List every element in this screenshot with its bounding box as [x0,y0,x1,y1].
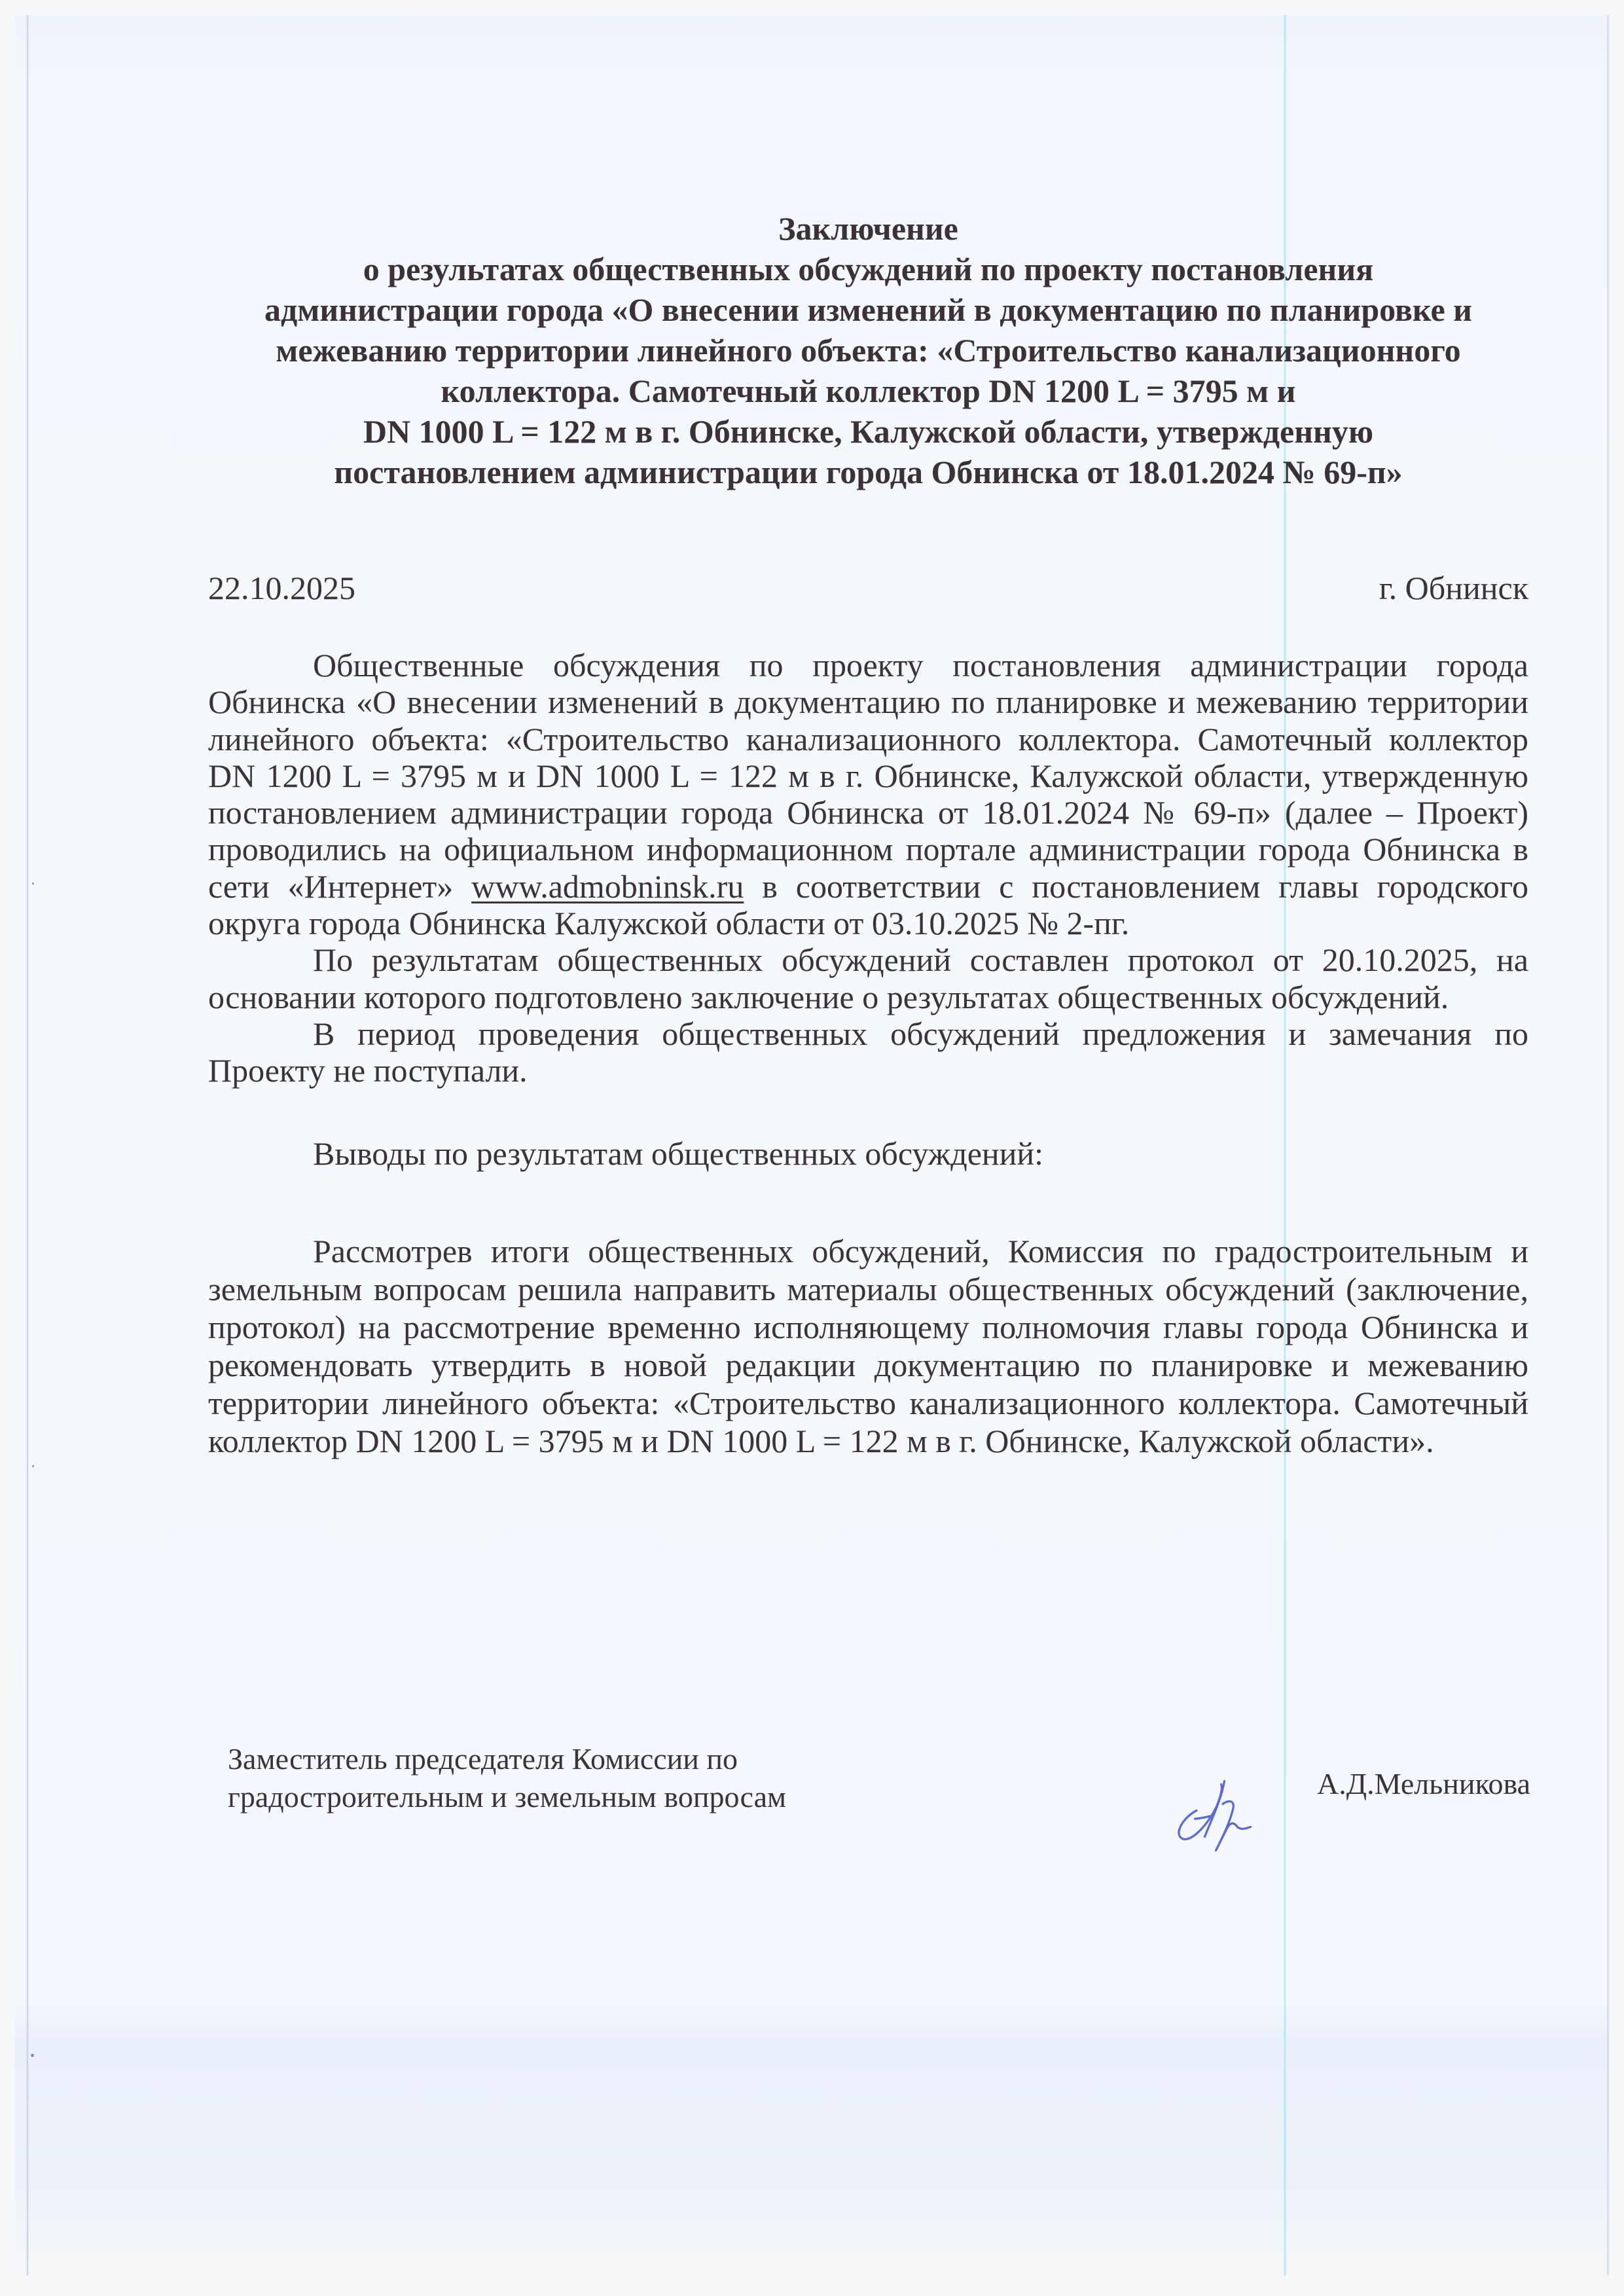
document-title: Заключение о результатах общественных об… [182,208,1555,492]
scan-speck [32,883,34,884]
title-line: постановлением администрации города Обни… [182,452,1555,492]
paragraph-protocol: По результатам общественных обсуждений с… [208,941,1528,1015]
paragraph-hearings-info: Общественные обсуждения по проекту поста… [208,647,1528,941]
signer-position-line: Заместитель председателя Комиссии по [228,1740,786,1778]
signer-name: А.Д.Мельникова [1317,1765,1530,1803]
title-line: Заключение [182,208,1555,249]
document-date: 22.10.2025 [208,570,355,606]
paragraph-text: Общественные обсуждения по проекту поста… [208,647,1528,905]
title-line: DN 1000 L = 122 м в г. Обнинске, Калужск… [182,411,1555,452]
title-line: администрации города «О внесении изменен… [182,289,1555,330]
conclusions-heading: Выводы по результатам общественных обсуж… [208,1135,1528,1172]
date-place-row: 22.10.2025 г. Обнинск [208,570,1528,606]
title-line: коллектора. Самотечный коллектор DN 1200… [182,371,1555,411]
portal-link[interactable]: www.admobninsk.ru [471,868,744,905]
scan-speck [31,2054,34,2057]
resolution-paragraph: Рассмотрев итоги общественных обсуждений… [208,1232,1528,1460]
scan-speck [32,1465,34,1467]
paragraph-no-comments: В период проведения общественных обсужде… [208,1015,1528,1089]
title-line: о результатах общественных обсуждений по… [182,249,1555,289]
signer-position-line: градостроительным и земельным вопросам [228,1778,786,1816]
signer-position: Заместитель председателя Комиссии по гра… [228,1740,786,1816]
title-line: межеванию территории линейного объекта: … [182,330,1555,371]
signature-block: Заместитель председателя Комиссии по гра… [228,1740,1530,1832]
scan-artifact-left-line [26,15,29,2276]
document-content: Заключение о результатах общественных об… [208,208,1528,1460]
handwritten-signature-icon [1170,1766,1269,1858]
document-place: г. Обнинск [1379,570,1528,606]
document-body: Общественные обсуждения по проекту поста… [208,647,1528,1089]
scanned-page: Заключение о результатах общественных об… [15,15,1609,2276]
scan-artifact-right-edge [1607,15,1609,2276]
